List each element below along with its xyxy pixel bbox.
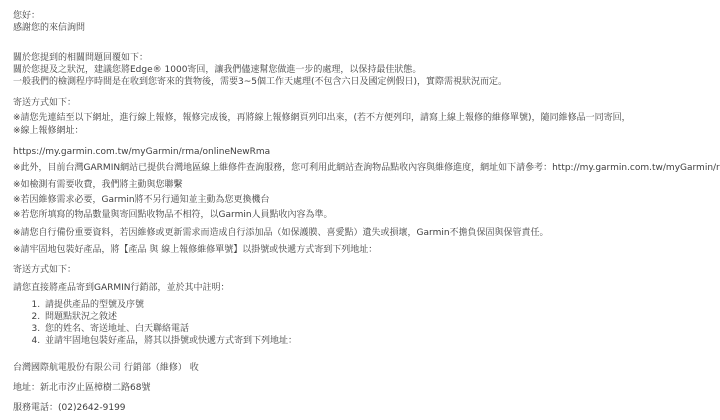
instructions-lead: 請您直接將產品寄到GARMIN行銷部，並於其中註明： bbox=[13, 282, 716, 294]
list-item-packing-shipping: 並請牢固地包裝好產品，將其以掛號或快遞方式寄到下列地址： bbox=[43, 335, 716, 347]
note-backup-data: ※請您自行備份重要資料，若因維修或更新需求而造成自行添加品（如保護膜、喜愛點）遺… bbox=[13, 227, 716, 239]
email-reply-document: 您好： 感謝您的來信詢問 關於您提到的相關問題回覆如下： 關於您提及之狀況，建議… bbox=[0, 0, 720, 420]
service-phone-line: 服務電話：(02)2642-9199 bbox=[13, 402, 716, 414]
shipping-method-heading-2: 寄送方式如下： bbox=[13, 264, 716, 276]
address-line: 地址：新北市汐止區樟樹二路68號 bbox=[13, 382, 716, 394]
note-fee: ※如檢測有需要收費，我們將主動與您聯繫 bbox=[13, 179, 716, 191]
instructions-list: 請提供產品的型號及序號 問題點狀況之敘述 您的姓名、寄送地址、白天聯絡電話 並請… bbox=[13, 299, 716, 347]
recipient-line: 台灣國際航電股份有限公司 行銷部（維修） 收 bbox=[13, 362, 716, 374]
note-replace-device: ※若因維修需求必要，Garmin將不另行通知並主動為您更換機台 bbox=[13, 194, 716, 206]
note-packing: ※請牢固地包裝好產品，將【產品 與 線上報修維修單號】以掛號或快遞方式寄到下列地… bbox=[13, 244, 716, 256]
greeting-thanks: 感謝您的來信詢問 bbox=[13, 22, 716, 34]
note-search-service: ※此外，目前台灣GARMIN網站已提供台灣地區線上維修件查詢服務，您可利用此網站… bbox=[13, 162, 716, 174]
note-item-count: ※若您所填寫的物品數量與寄回點收物品不相符，以Garmin人員點收內容為準。 bbox=[13, 209, 716, 221]
list-item-problem-description: 問題點狀況之敘述 bbox=[43, 311, 716, 323]
rma-url-text: https://my.garmin.com.tw/myGarmin/rma/on… bbox=[13, 146, 716, 158]
reply-intro-heading: 關於您提到的相關問題回覆如下： bbox=[13, 52, 716, 64]
reply-intro-line2: 一般我們的檢測程序時間是在收到您寄來的貨物後，需要3~5個工作天處理(不包含六日… bbox=[13, 76, 716, 88]
note-rma-url-label: ※線上報修網址： bbox=[13, 125, 716, 137]
note-online-rma: ※請您先連結至以下網址，進行線上報修，報修完成後，再將線上報修網頁列印出來，(若… bbox=[13, 112, 716, 124]
reply-intro-line1: 關於您提及之狀況，建議您將Edge® 1000寄回，讓我們儘速幫您做進一步的處理… bbox=[13, 64, 716, 76]
list-item-contact-info: 您的姓名、寄送地址、白天聯絡電話 bbox=[43, 323, 716, 335]
greeting-salutation: 您好： bbox=[13, 10, 716, 22]
list-item-model-serial: 請提供產品的型號及序號 bbox=[43, 299, 716, 311]
shipping-method-heading-1: 寄送方式如下： bbox=[13, 97, 716, 109]
